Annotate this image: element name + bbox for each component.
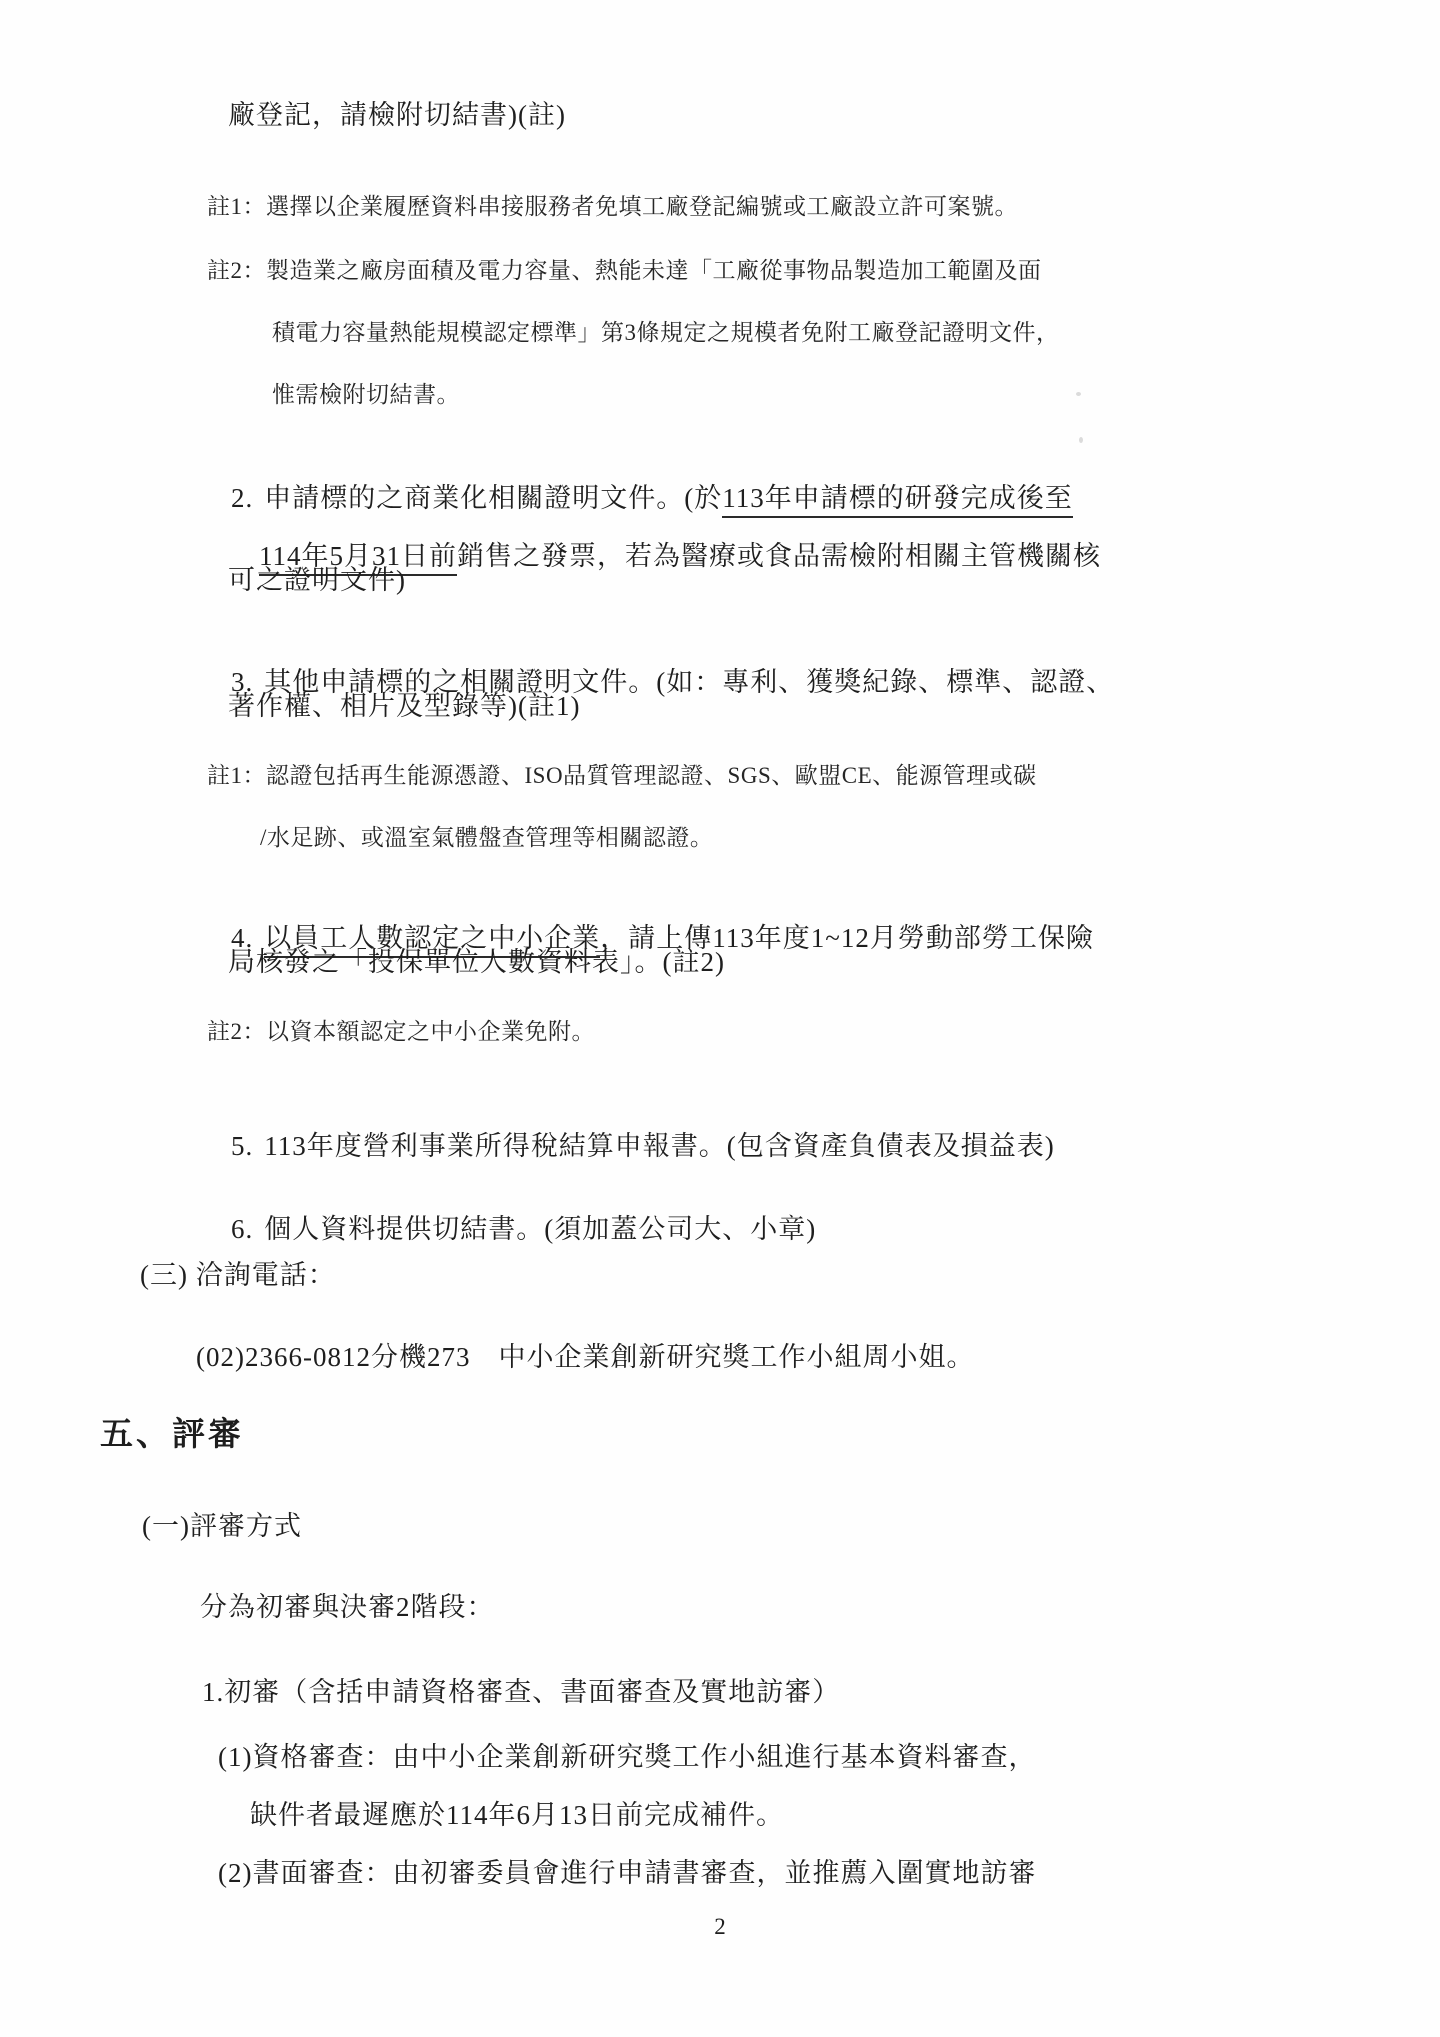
item6-text: 個人資料提供切結書。(須加蓋公司大、小章)	[264, 1214, 816, 1244]
scan-speck	[1079, 437, 1083, 443]
contact-phone-line: (02)2366-0812分機273 中小企業創新研究獎工作小組周小姐。	[196, 1341, 974, 1375]
item3-line2: 著作權、相片及型錄等)(註1)	[228, 690, 580, 724]
item3-note1-line1: 註1：認證包括再生能源憑證、ISO品質管理認證、SGS、歐盟CE、能源管理或碳	[207, 762, 1037, 791]
item2-line2-text: 銷售之發票，若為醫療或食品需檢附相關主管機關核	[457, 541, 1101, 571]
item4-note2-line: 註2：以資本額認定之中小企業免附。	[207, 1018, 595, 1047]
item5-number: 5.	[231, 1131, 253, 1161]
contact-section-label: (三) 洽詢電話：	[140, 1259, 336, 1293]
scan-speck	[1076, 392, 1081, 396]
item4-line2: 局核發之「投保單位人數資料表」。(註2)	[228, 946, 725, 980]
document-page: 廠登記，請檢附切結書)(註) 註1：選擇以企業履歷資料串接服務者免填工廠登記編號…	[0, 0, 1440, 2037]
review-method-label: (一)評審方式	[142, 1510, 302, 1544]
document-review-line1: (2)書面審查：由初審委員會進行申請書審查，並推薦入圍實地訪審	[218, 1857, 1036, 1891]
note2-line1: 註2：製造業之廠房面積及電力容量、熱能未達「工廠從事物品製造加工範圍及面	[207, 257, 1042, 286]
section5-heading: 五、評審	[100, 1415, 244, 1456]
qualification-review-line1: (1)資格審查：由中小企業創新研究獎工作小組進行基本資料審查，	[218, 1741, 1036, 1775]
note2-line2: 積電力容量熱能規模認定標準」第3條規定之規模者免附工廠登記證明文件，	[272, 319, 1060, 348]
item3-note1-line2: /水足跡、或溫室氣體盤查管理等相關認證。	[260, 824, 713, 853]
carryover-line: 廠登記，請檢附切結書)(註)	[228, 99, 566, 133]
qualification-review-line2: 缺件者最遲應於114年6月13日前完成補件。	[250, 1799, 784, 1833]
note1-line: 註1：選擇以企業履歷資料串接服務者免填工廠登記編號或工廠設立許可案號。	[207, 193, 1018, 222]
first-review-line: 1.初審（含括申請資格審查、書面審查及實地訪審）	[202, 1676, 840, 1710]
item2-line3: 可之證明文件)	[228, 564, 406, 598]
note2-line3: 惟需檢附切結書。	[272, 381, 460, 410]
item5-text: 113年度營利事業所得稅結算申報書。(包含資產負債表及損益表)	[264, 1131, 1054, 1161]
review-stages-line: 分為初審與決審2階段：	[200, 1591, 495, 1625]
item6-number: 6.	[231, 1214, 253, 1244]
page-number: 2	[0, 1914, 1440, 1940]
